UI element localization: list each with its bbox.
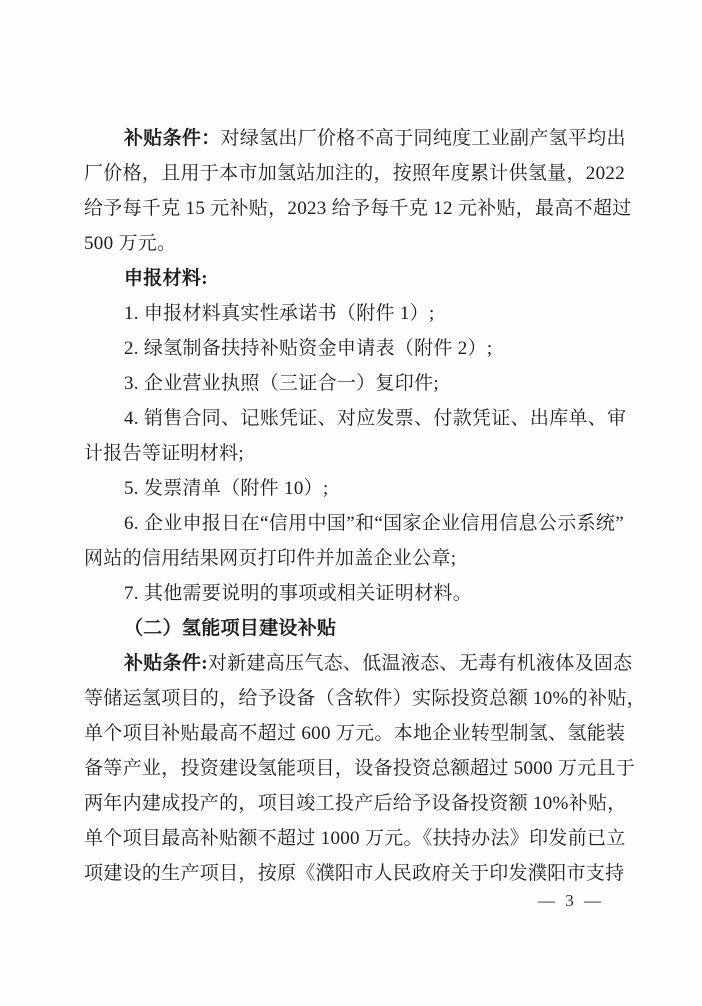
- text-line: 5. 发票清单（附件 10）;: [84, 471, 624, 506]
- text-run: 对绿氢出厂价格不高于同纯度工业副产氢平均出: [221, 128, 626, 149]
- text-line: 两年内建成投产的，项目竣工投产后给予设备投资额 10%补贴，: [84, 786, 624, 821]
- document-page: 补贴条件：对绿氢出厂价格不高于同纯度工业副产氢平均出厂价格，且用于本市加氢站加注…: [0, 0, 702, 1006]
- text-run: 3. 企业营业执照（三证合一）复印件;: [124, 373, 439, 394]
- bold-text-run: 申报材料:: [124, 268, 208, 289]
- text-line: 项建设的生产项目，按原《濮阳市人民政府关于印发濮阳市支持: [84, 856, 624, 891]
- text-line: 500 万元。: [84, 226, 624, 261]
- text-run: 网站的信用结果网页打印件并加盖企业公章;: [84, 548, 456, 569]
- text-run: 对新建高压气态、低温液态、无毒有机液体及固态: [208, 653, 633, 674]
- bold-text-run: 补贴条件：: [124, 128, 221, 149]
- text-line: 1. 申报材料真实性承诺书（附件 1）;: [84, 296, 624, 331]
- text-run: 单个项目补贴最高不超过 600 万元。本地企业转型制氢、氢能装: [84, 723, 625, 744]
- text-line: 网站的信用结果网页打印件并加盖企业公章;: [84, 541, 624, 576]
- text-run: 项建设的生产项目，按原《濮阳市人民政府关于印发濮阳市支持: [84, 863, 624, 884]
- text-line: 补贴条件:对新建高压气态、低温液态、无毒有机液体及固态: [84, 646, 624, 681]
- text-line: 补贴条件：对绿氢出厂价格不高于同纯度工业副产氢平均出: [84, 121, 624, 156]
- text-line: 给予每千克 15 元补贴，2023 给予每千克 12 元补贴，最高不超过: [84, 191, 624, 226]
- text-line: （二）氢能项目建设补贴: [84, 611, 624, 646]
- text-run: 6. 企业申报日在“信用中国”和“国家企业信用信息公示系统”: [124, 513, 624, 534]
- text-block: 补贴条件：对绿氢出厂价格不高于同纯度工业副产氢平均出厂价格，且用于本市加氢站加注…: [84, 121, 624, 891]
- text-line: 7. 其他需要说明的事项或相关证明材料。: [84, 576, 624, 611]
- text-run: 等储运氢项目的，给予设备（含软件）实际投资总额 10%的补贴，: [84, 688, 646, 709]
- text-line: 备等产业，投资建设氢能项目，设备投资总额超过 5000 万元且于: [84, 751, 624, 786]
- text-run: 备等产业，投资建设氢能项目，设备投资总额超过 5000 万元且于: [84, 758, 635, 779]
- text-run: 厂价格，且用于本市加氢站加注的，按照年度累计供氢量，2022: [84, 163, 625, 184]
- text-line: 计报告等证明材料;: [84, 436, 624, 471]
- bold-text-run: （二）氢能项目建设补贴: [124, 618, 336, 639]
- text-run: 1. 申报材料真实性承诺书（附件 1）;: [124, 303, 435, 324]
- text-run: 500 万元。: [84, 233, 176, 254]
- text-run: 给予每千克 15 元补贴，2023 给予每千克 12 元补贴，最高不超过: [84, 198, 632, 219]
- text-line: 单个项目补贴最高不超过 600 万元。本地企业转型制氢、氢能装: [84, 716, 624, 751]
- text-line: 厂价格，且用于本市加氢站加注的，按照年度累计供氢量，2022: [84, 156, 624, 191]
- text-run: 4. 销售合同、记账凭证、对应发票、付款凭证、出库单、审: [124, 408, 626, 429]
- text-run: 计报告等证明材料;: [84, 443, 244, 464]
- text-line: 申报材料:: [84, 261, 624, 296]
- text-run: 7. 其他需要说明的事项或相关证明材料。: [124, 583, 472, 604]
- text-line: 4. 销售合同、记账凭证、对应发票、付款凭证、出库单、审: [84, 401, 624, 436]
- text-run: 两年内建成投产的，项目竣工投产后给予设备投资额 10%补贴，: [84, 793, 627, 814]
- text-line: 等储运氢项目的，给予设备（含软件）实际投资总额 10%的补贴，: [84, 681, 624, 716]
- page-number: — 3 —: [538, 891, 604, 911]
- text-run: 2. 绿氢制备扶持补贴资金申请表（附件 2）;: [124, 338, 492, 359]
- text-run: 5. 发票清单（附件 10）;: [124, 478, 329, 499]
- text-line: 3. 企业营业执照（三证合一）复印件;: [84, 366, 624, 401]
- text-line: 单个项目最高补贴额不超过 1000 万元。《扶持办法》印发前已立: [84, 821, 624, 856]
- text-line: 2. 绿氢制备扶持补贴资金申请表（附件 2）;: [84, 331, 624, 366]
- text-line: 6. 企业申报日在“信用中国”和“国家企业信用信息公示系统”: [84, 506, 624, 541]
- bold-text-run: 补贴条件:: [124, 653, 208, 674]
- text-run: 单个项目最高补贴额不超过 1000 万元。《扶持办法》印发前已立: [84, 828, 626, 849]
